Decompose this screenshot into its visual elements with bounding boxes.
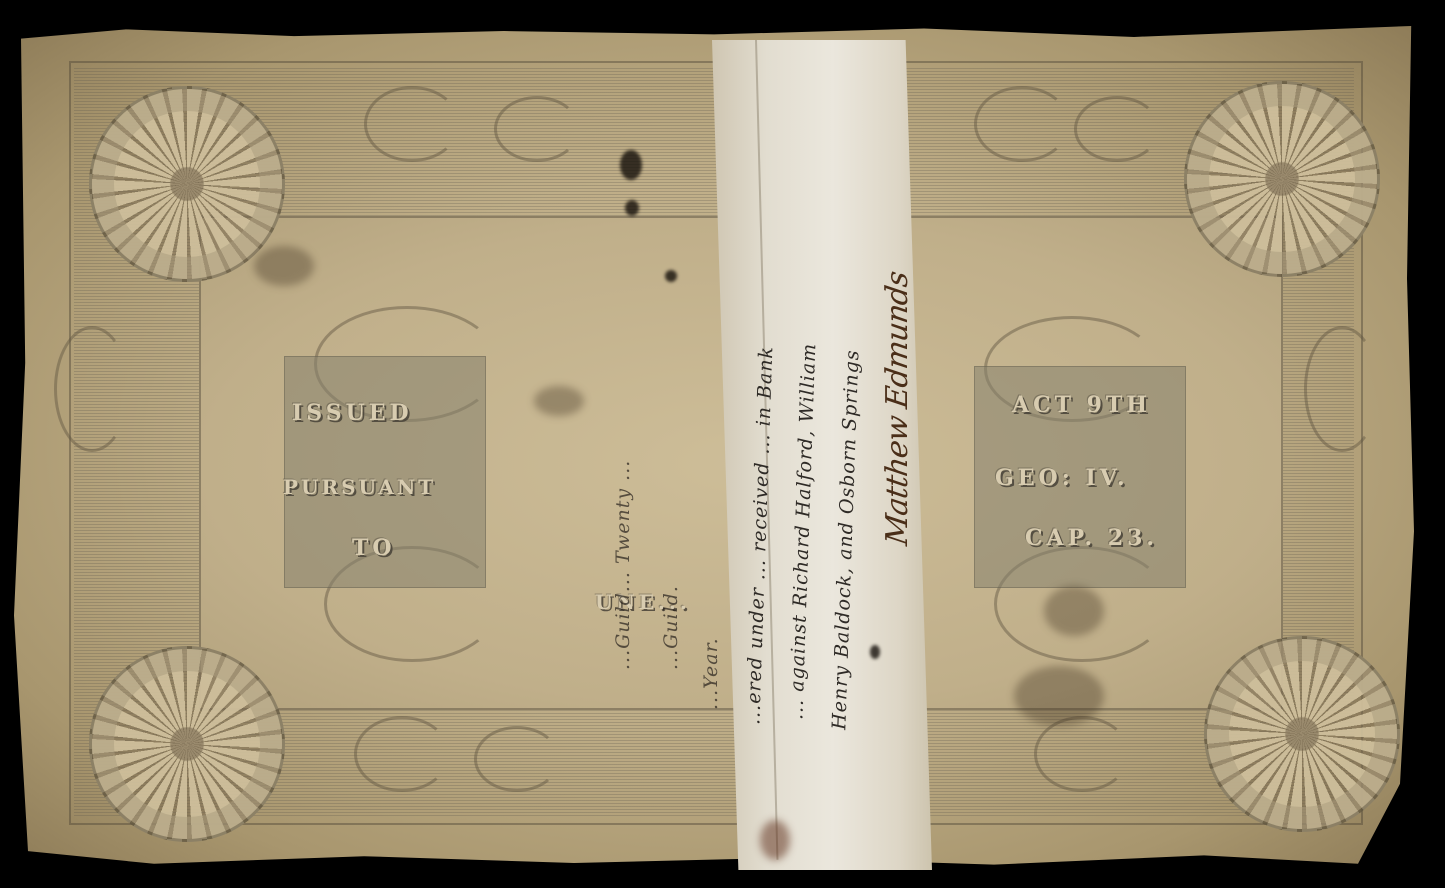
scroll-ornament	[364, 86, 460, 162]
scroll-ornament	[54, 326, 130, 452]
scroll-ornament	[494, 96, 580, 162]
scroll-ornament	[974, 86, 1070, 162]
rosette-bottom-left	[89, 646, 285, 842]
scroll-ornament	[354, 716, 450, 792]
stain	[1044, 586, 1104, 636]
scroll-ornament	[1074, 96, 1160, 162]
printed-line: ...Guild... Twenty ...	[612, 150, 634, 670]
rosette-bottom-right	[1204, 636, 1400, 832]
ink-blot	[625, 200, 639, 216]
scroll-ornament	[474, 726, 560, 792]
engraved-cap: CAP. 23.	[1025, 525, 1158, 551]
engraved-act: ACT 9TH	[1012, 392, 1151, 418]
strip-stain	[760, 820, 790, 860]
handwritten-signature: Matthew Edmunds	[880, 163, 915, 548]
scroll-ornament	[1034, 716, 1130, 792]
printed-line: ...Guild.	[660, 150, 682, 670]
engraved-to: TO	[352, 535, 396, 561]
ink-blot	[620, 150, 642, 180]
stain	[534, 386, 584, 416]
rosette-top-right	[1184, 81, 1380, 277]
engraved-pursuant: PURSUANT	[283, 475, 436, 499]
stain	[254, 246, 314, 286]
ink-blot	[665, 270, 677, 282]
engraved-geo: GEO: IV.	[995, 465, 1129, 491]
rosette-top-left	[89, 86, 285, 282]
engraved-issued: ISSUED	[292, 400, 413, 426]
scroll-ornament	[1304, 326, 1380, 452]
ink-blot	[870, 645, 880, 659]
stain	[1014, 666, 1104, 726]
